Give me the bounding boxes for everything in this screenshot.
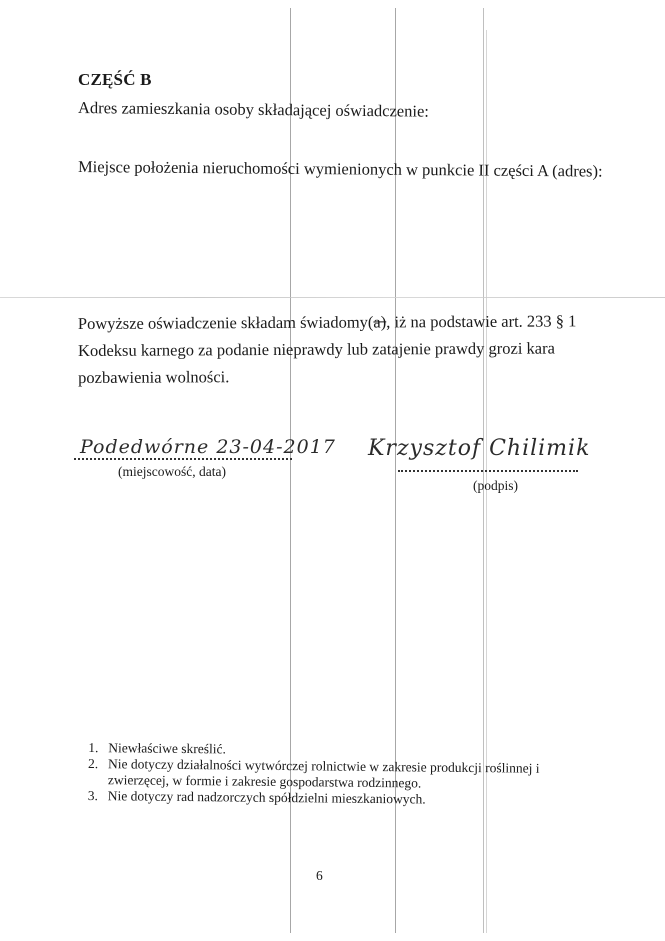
handwritten-signature: Krzysztof Chilimik: [368, 436, 590, 461]
footnotes: 1.Niewłaściwe skreślić. 2.Nie dotyczy dz…: [88, 740, 540, 809]
page-number: 6: [316, 868, 323, 884]
signature-caption: (podpis): [473, 478, 518, 494]
section-title: CZĘŚĆ B: [78, 70, 152, 90]
place-date-dotted-line: [74, 458, 292, 460]
horizontal-fold-line: [0, 297, 665, 298]
declaration-line-1: Powyższe oświadczenie składam świadomy(a…: [78, 307, 577, 337]
declaration-line-3: pozbawienia wolności.: [78, 361, 577, 391]
footnote: 3.Nie dotyczy rad nadzorczych spółdzieln…: [88, 788, 540, 809]
place-date-caption: (miejscowość, data): [118, 464, 226, 480]
struck-suffix: a): [373, 312, 386, 331]
handwritten-place-date: Podedwórne 23-04-2017: [80, 436, 336, 458]
signature-dotted-line: [398, 470, 578, 472]
declaration-line-2: Kodeksu karnego za podanie nieprawdy lub…: [78, 334, 577, 364]
declaration-paragraph: Powyższe oświadczenie składam świadomy(a…: [78, 307, 577, 391]
address-label: Adres zamieszkania osoby składającej ośw…: [78, 98, 429, 122]
property-address-label: Miejsce położenia nieruchomości wymienio…: [78, 157, 603, 182]
